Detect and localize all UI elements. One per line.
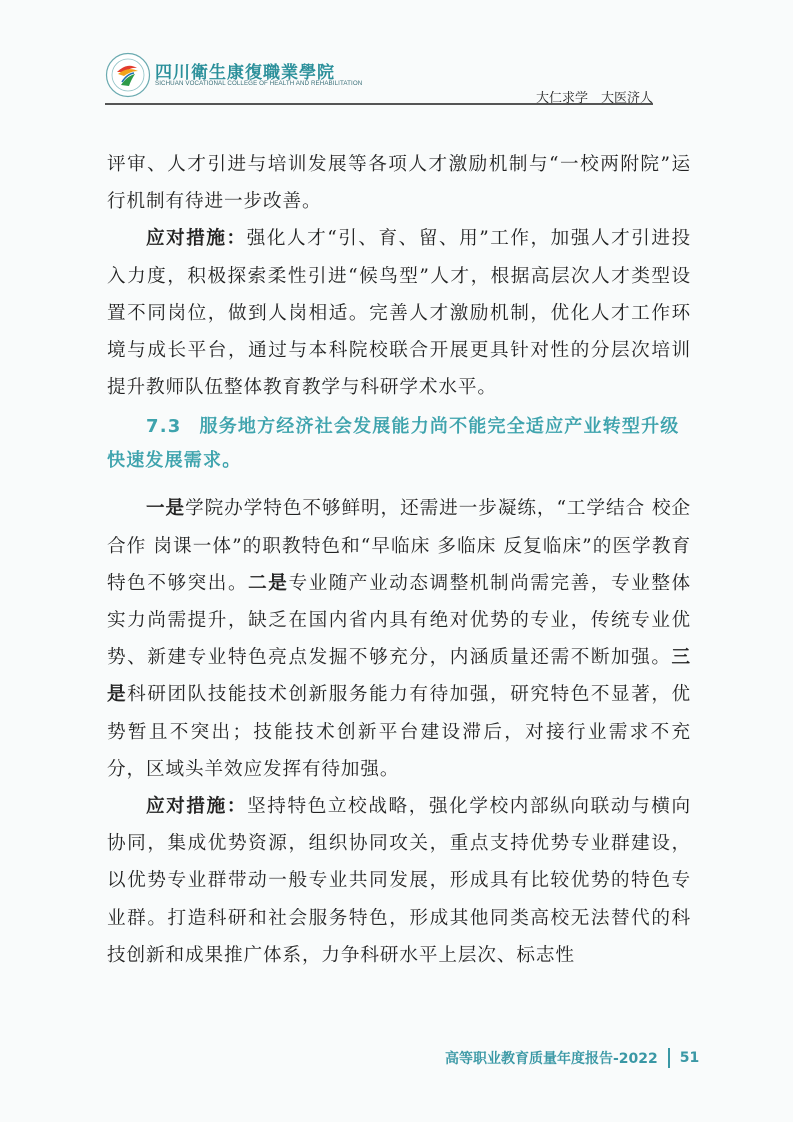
college-logo-icon xyxy=(105,52,151,98)
paragraph-talent-mechanism: 评审、人才引进与培训发展等各项人才激励机制与“一校两附院”运行机制有待进一步改善… xyxy=(107,146,691,220)
paragraph-talent-measures: 应对措施：强化人才“引、育、留、用”工作，加强人才引进投入力度，积极探索柔性引进… xyxy=(107,220,691,406)
page-number: 51 xyxy=(680,1050,699,1066)
paragraph-problems: 一是学院办学特色不够鲜明，还需进一步凝练，“工学结合 校企合作 岗课一体”的职教… xyxy=(107,490,691,788)
point-three-text: 科研团队技能技术创新服务能力有待加强，研究特色不显著，优势暂且不突出；技能技术创… xyxy=(107,684,691,779)
section-title: 服务地方经济社会发展能力尚不能完全适应产业转型升级快速发展需求。 xyxy=(107,416,680,471)
measures-text: 坚持特色立校战略，强化学校内部纵向联动与横向协同，集成优势资源，组织协同攻关，重… xyxy=(107,796,691,966)
measures-label: 应对措施： xyxy=(146,228,247,249)
page-footer: 高等职业教育质量年度报告-2022 51 xyxy=(445,1048,699,1068)
section-number: 7.3 xyxy=(146,416,182,437)
point-two-label: 二是 xyxy=(248,573,288,594)
point-one-label: 一是 xyxy=(146,498,185,519)
page-content: 评审、人才引进与培训发展等各项人才激励机制与“一校两附院”运行机制有待进一步改善… xyxy=(107,146,691,974)
report-title: 高等职业教育质量年度报告-2022 xyxy=(445,1048,658,1068)
header-divider xyxy=(105,103,653,105)
measures-text: 强化人才“引、育、留、用”工作，加强人才引进投入力度，积极探索柔性引进“候鸟型”… xyxy=(107,228,691,398)
college-name-en: SICHUAN VOCATIONAL COLLEGE OF HEALTH AND… xyxy=(155,80,362,87)
section-heading-7-3: 7.3服务地方经济社会发展能力尚不能完全适应产业转型升级快速发展需求。 xyxy=(107,410,691,478)
paragraph-service-measures: 应对措施：坚持特色立校战略，强化学校内部纵向联动与横向协同，集成优势资源，组织协… xyxy=(107,788,691,974)
footer-divider xyxy=(668,1048,670,1068)
measures-label: 应对措施： xyxy=(146,796,247,817)
page-header: 四川衛生康復職業學院 SICHUAN VOCATIONAL COLLEGE OF… xyxy=(105,52,653,104)
